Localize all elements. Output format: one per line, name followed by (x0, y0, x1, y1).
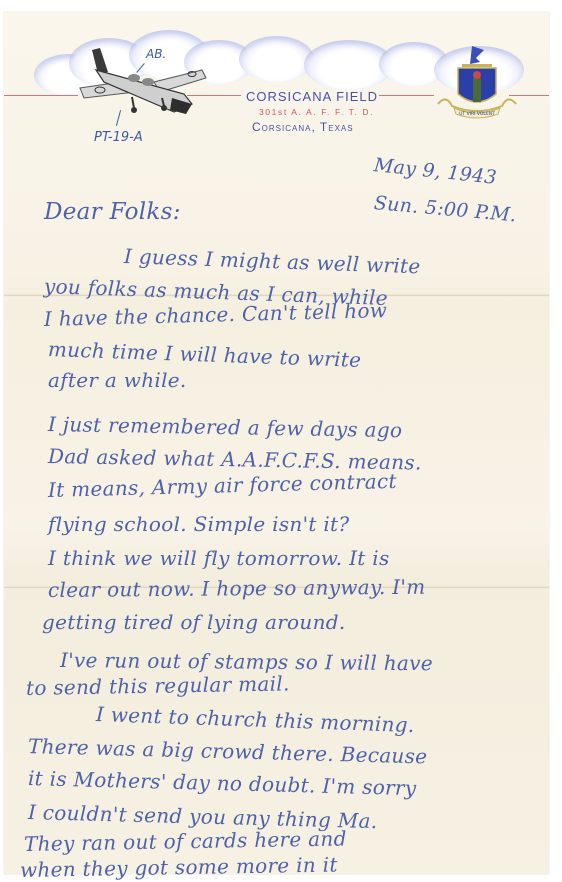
letterhead-rule (379, 95, 434, 96)
letter-line: getting tired of lying around. (42, 610, 346, 634)
crest-motto: UT VIRI VOLENT (459, 111, 495, 117)
letter-line: It means, Army air force contract (48, 469, 397, 502)
letter-line: when they got some more in it (20, 852, 338, 882)
letter-line: it is Mothers' day no doubt. I'm sorry (28, 766, 417, 800)
letter-line: I think we will fly tomorrow. It is (48, 546, 390, 570)
letter-salutation: Dear Folks: (44, 199, 181, 225)
letterhead-unit: 301st A. A. F. F. T. D. (259, 107, 374, 117)
letter-date: May 9, 1943 (373, 154, 498, 189)
letter-line: much time I will have to write (48, 337, 362, 372)
letter-line: There was a big crowd there. Because (28, 734, 428, 768)
letterhead-title: CORSICANA FIELD (246, 89, 378, 104)
unit-crest-icon: UT VIRI VOLENT (432, 44, 522, 124)
letter-line: I just remembered a few days ago (48, 412, 403, 442)
airplane-icon (74, 42, 214, 122)
letter-line: clear out now. I hope so anyway. I'm (48, 575, 426, 602)
letterhead-city: Corsicana, Texas (252, 120, 354, 134)
letter-line: after a while. (48, 368, 187, 392)
letter-line: flying school. Simple isn't it? (48, 512, 349, 536)
letter-page: AB. PT-19-A CORSICANA FIELD 301st A. A. … (4, 12, 549, 874)
letter-day-time: Sun. 5:00 P.M. (373, 192, 517, 226)
letter-line: I have the chance. Can't tell how (44, 298, 388, 331)
letter-line: to send this regular mail. (26, 671, 290, 700)
letter-line: I guess I might as well write (124, 244, 421, 278)
plane-model-label: PT-19-A (94, 130, 143, 145)
letter-line: They ran out of cards here and (24, 826, 347, 856)
letterhead-rule (4, 95, 78, 96)
letter-line: I went to church this morning. (96, 702, 415, 737)
plane-annotation: AB. (146, 47, 166, 61)
